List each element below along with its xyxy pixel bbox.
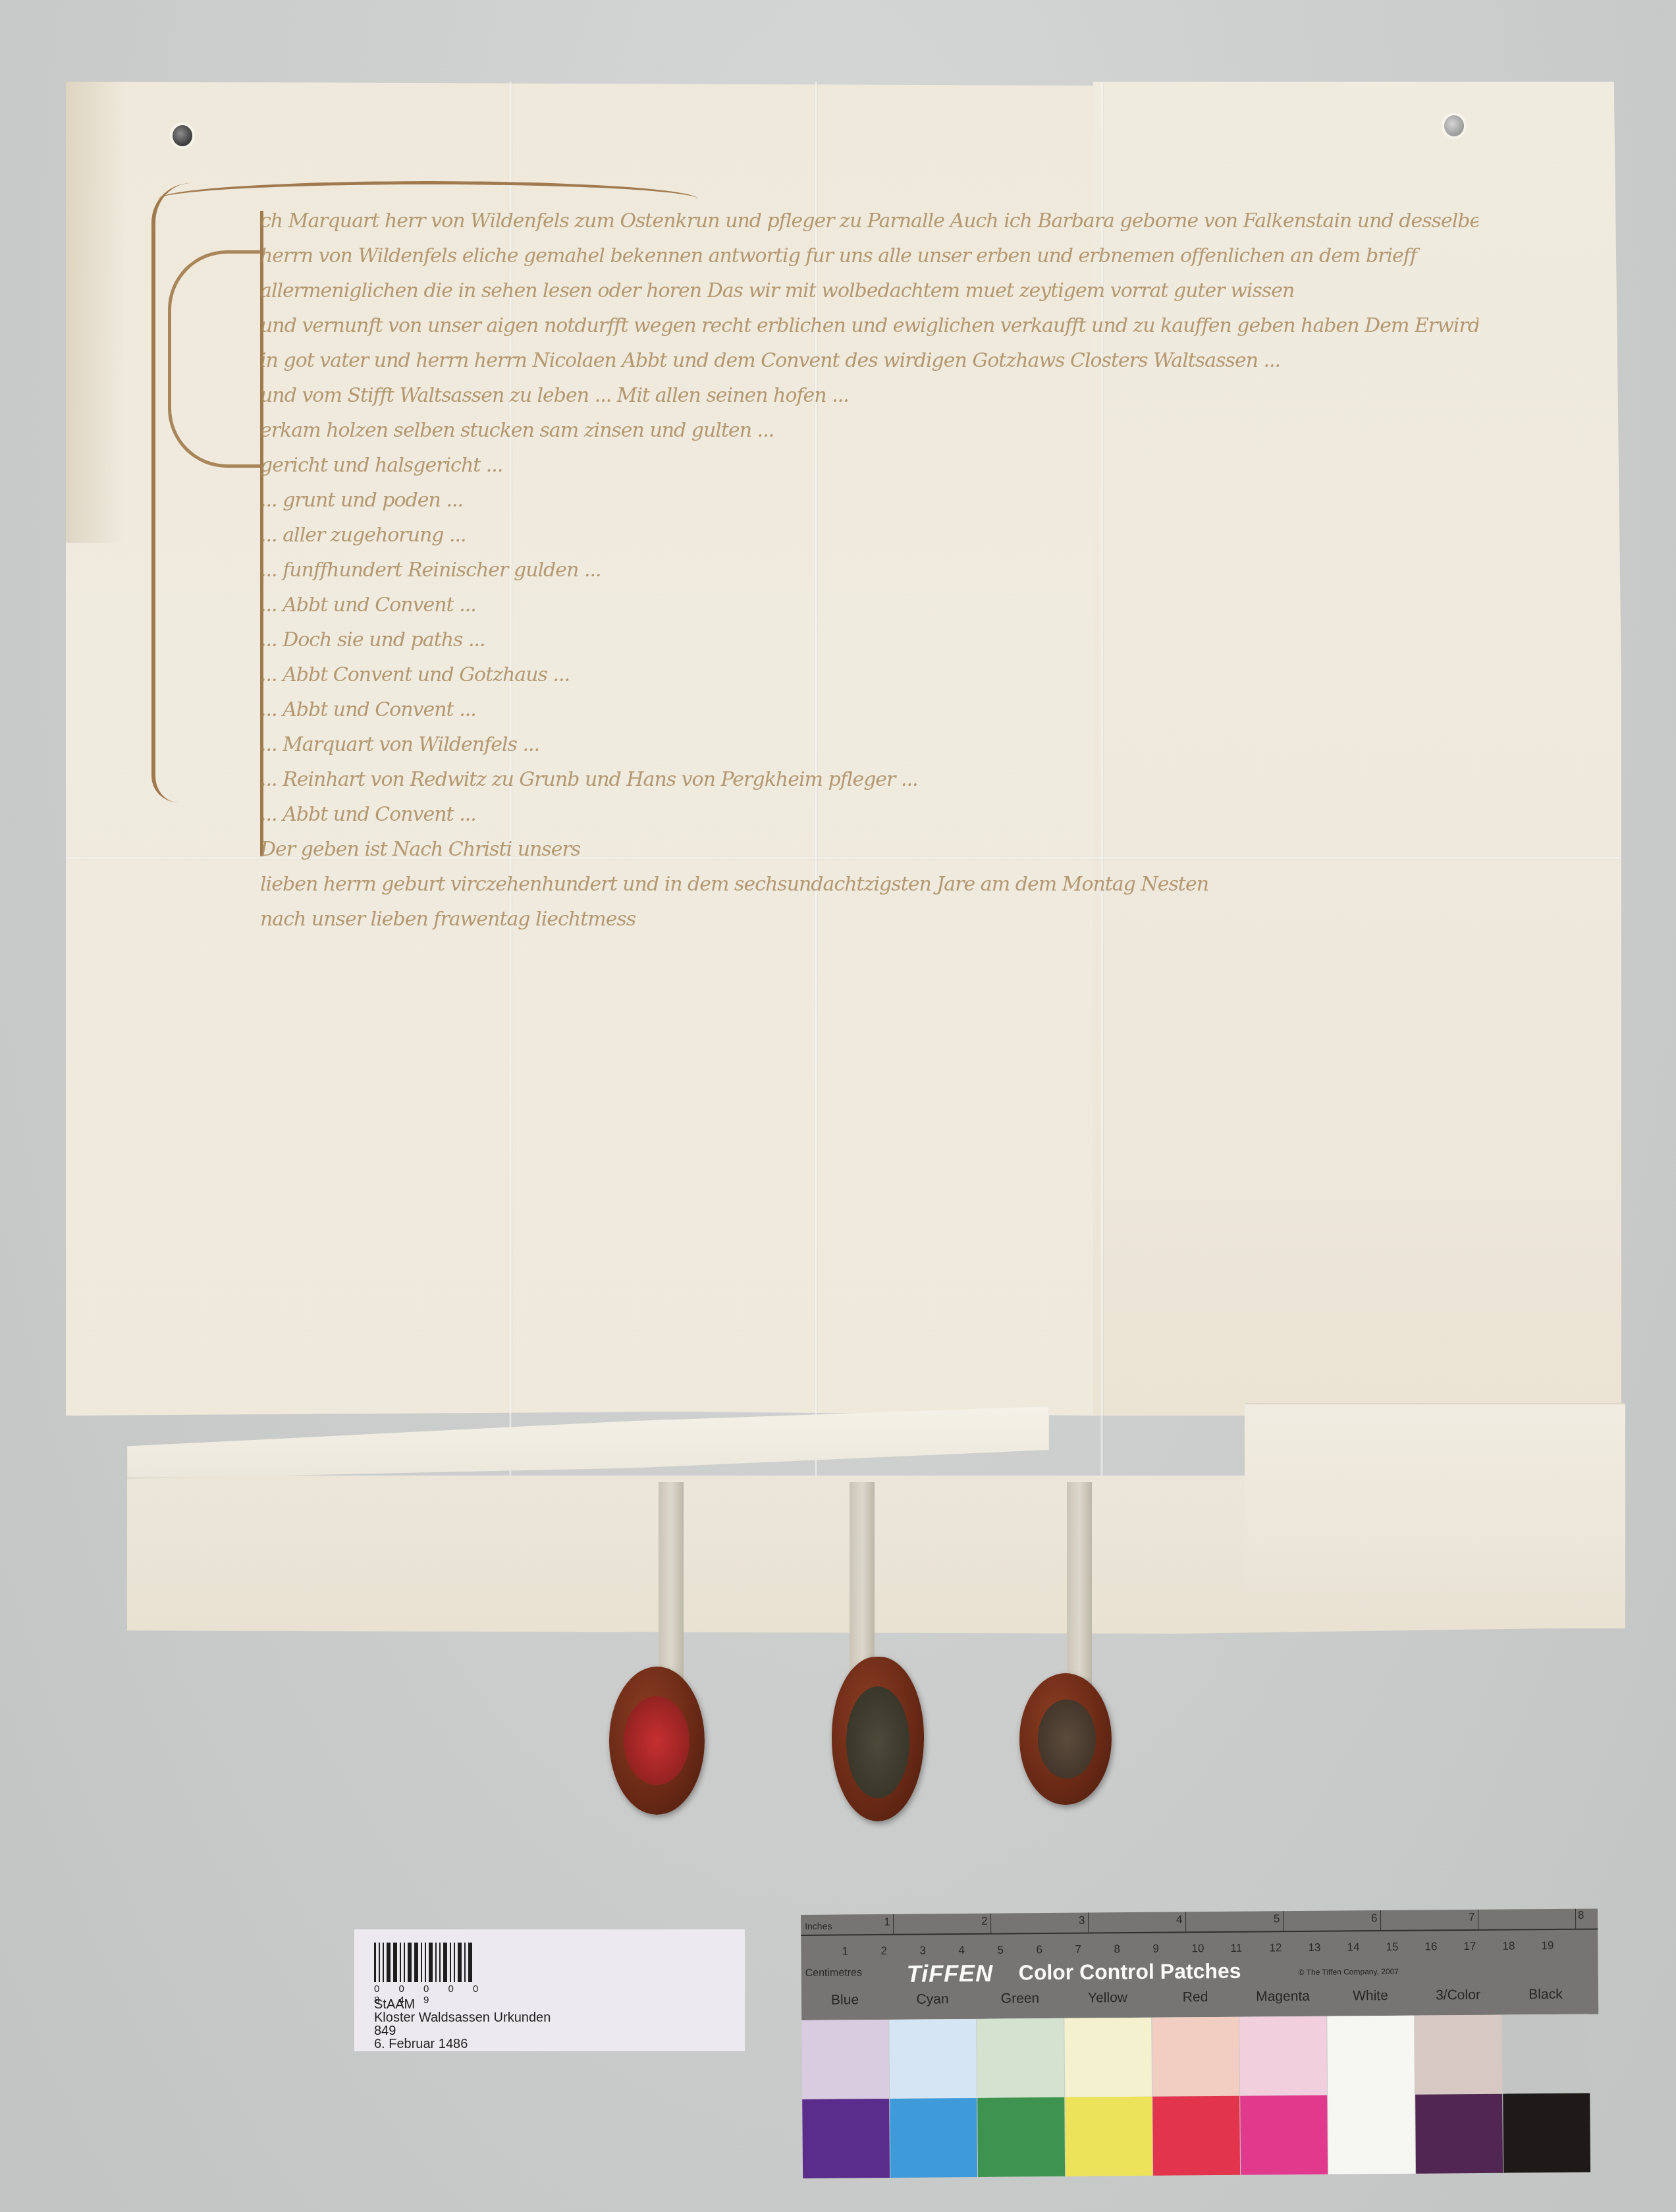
patch-red-dark (1152, 2096, 1240, 2176)
wax-seal-2 (832, 1657, 924, 1821)
inch-tick: 4 (1176, 1913, 1183, 1926)
text-line: herrn von Wildenfels eliche gemahel beke… (260, 244, 1478, 279)
patch-names: Blue Cyan Green Yellow Red Magenta White… (801, 1986, 1598, 2019)
inch-tick: 3 (1079, 1914, 1085, 1927)
inch-tick: 7 (1469, 1911, 1475, 1924)
cm-tick: 14 (1347, 1941, 1359, 1954)
decorated-initial-bowl (168, 250, 263, 468)
patch-magenta-light (1239, 2016, 1327, 2096)
archive-label: 0 0 0 0 0 8 4 9 StAAM Kloster Waldsassen… (354, 1929, 745, 2051)
barcode (374, 1943, 475, 1982)
seal-impression (624, 1696, 689, 1785)
cm-tick: 1 (842, 1945, 848, 1958)
patch-name-green: Green (977, 1991, 1064, 2007)
inch-tick: 5 (1274, 1912, 1280, 1925)
patch-white (1327, 2016, 1415, 2174)
text-line: ch Marquart herr von Wildenfels zum Oste… (260, 209, 1478, 244)
inch-tick: 2 (981, 1915, 988, 1928)
patch-magenta-dark (1240, 2095, 1328, 2175)
text-line: ... aller zugehorung ... (260, 524, 1478, 559)
tiffen-logo: TiFFEN (907, 1960, 994, 1988)
seal-impression (1038, 1700, 1096, 1779)
text-line: ... Doch sie und paths ... (260, 628, 1478, 663)
patch-yellow-dark (1065, 2097, 1152, 2176)
text-line: allermeniglichen die in sehen lesen oder… (260, 279, 1478, 314)
centimetres-label: Centimetres (805, 1967, 862, 1979)
patch-green-light (977, 2018, 1064, 2098)
patch-3color-light (1415, 2015, 1502, 2095)
text-line: und vernunft von unser aigen notdurfft w… (260, 314, 1478, 349)
cm-tick: 7 (1075, 1943, 1081, 1956)
text-line: gericht und halsgericht ... (260, 454, 1478, 489)
archive-date: 6. Februar 1486 (374, 2037, 551, 2051)
charter-text: ch Marquart herr von Wildenfels zum Oste… (260, 209, 1478, 943)
patch-cyan-dark (890, 2098, 977, 2178)
text-line: ... Abbt und Convent ... (260, 803, 1478, 838)
cm-tick: 8 (1114, 1943, 1120, 1956)
parchment-stain (66, 82, 125, 543)
cm-ruler: 1 2 3 4 5 6 7 8 9 10 11 12 13 14 15 16 1… (801, 1929, 1598, 1962)
text-line: ... Abbt und Convent ... (260, 698, 1478, 733)
color-control-card: Inches 1 2 3 4 5 6 7 8 1 2 3 4 5 6 7 8 (801, 1908, 1600, 2151)
wax-seal-3 (1019, 1673, 1112, 1805)
cm-tick: 12 (1269, 1941, 1282, 1954)
archive-institution: StAAM (374, 1998, 551, 2011)
text-line: erkam holzen selben stucken sam zinsen u… (260, 419, 1478, 454)
cm-tick: 10 (1191, 1942, 1204, 1955)
cm-tick: 6 (1036, 1943, 1042, 1956)
cm-tick: 17 (1463, 1940, 1476, 1953)
text-line: Der geben ist Nach Christi unsers (260, 838, 1478, 873)
text-line: ... Abbt und Convent ... (260, 594, 1478, 628)
plica-flap (1245, 1403, 1625, 1628)
inch-tick: 1 (884, 1916, 890, 1929)
text-line: lieben herrn geburt virczehenhundert und… (260, 873, 1478, 908)
text-line: ... Reinhart von Redwitz zu Grunb und Ha… (260, 768, 1478, 803)
seal-impression (846, 1686, 909, 1798)
card-title: Color Control Patches (1019, 1959, 1241, 1985)
patch-name-cyan: Cyan (889, 1991, 976, 2008)
patch-black-dark (1503, 2093, 1590, 2173)
patch-blue-light (801, 2020, 889, 2099)
cm-tick: 15 (1386, 1941, 1398, 1954)
patch-cyan-light (889, 2019, 977, 2099)
inch-tick: 6 (1371, 1912, 1378, 1925)
text-line: ... funffhundert Reinischer gulden ... (260, 559, 1478, 594)
patch-name-red: Red (1152, 1989, 1239, 2006)
text-line: ... Marquart von Wildenfels ... (260, 733, 1478, 768)
patch-yellow-light (1064, 2018, 1152, 2097)
patch-name-white: White (1327, 1988, 1414, 2005)
cm-tick: 4 (958, 1944, 965, 1957)
text-line: und vom Stifft Waltsassen zu leben ... M… (260, 384, 1478, 419)
cm-tick: 3 (919, 1945, 926, 1958)
cm-tick: 16 (1424, 1940, 1437, 1953)
archive-collection: Kloster Waldsassen Urkunden (374, 2011, 551, 2024)
text-line: nach unser lieben frawentag liechtmess (260, 908, 1478, 943)
cm-tick: 18 (1502, 1939, 1515, 1952)
patch-name-3color: 3/Color (1415, 1987, 1501, 2004)
patch-name-yellow: Yellow (1064, 1990, 1151, 2006)
cm-tick: 2 (880, 1945, 887, 1958)
card-copyright: © The Tiffen Company, 2007 (1299, 1967, 1399, 1977)
cm-tick: 19 (1541, 1939, 1554, 1952)
archive-number: 849 (374, 2024, 551, 2037)
patch-green-dark (977, 2097, 1065, 2177)
cm-tick: 11 (1230, 1942, 1242, 1955)
card-header: Inches 1 2 3 4 5 6 7 8 1 2 3 4 5 6 7 8 (801, 1908, 1598, 2020)
inch-tick: 8 (1578, 1909, 1584, 1922)
cm-tick: 13 (1308, 1941, 1320, 1954)
cm-tick: 5 (997, 1944, 1004, 1957)
cm-tick: 9 (1152, 1943, 1159, 1956)
patch-name-magenta: Magenta (1239, 1989, 1326, 2005)
mounting-pin-icon (1444, 115, 1464, 136)
patch-name-black: Black (1502, 1987, 1589, 2003)
text-line: ... grunt und poden ... (260, 489, 1478, 524)
patch-blue-dark (802, 2099, 890, 2178)
patch-red-light (1152, 2017, 1239, 2097)
patch-3color-dark (1415, 2094, 1503, 2174)
patch-name-blue: Blue (801, 1992, 888, 2008)
patch-black-light (1502, 2014, 1590, 2094)
mounting-pin-icon (173, 125, 192, 146)
inches-label: Inches (805, 1921, 832, 1931)
wax-seal-1 (609, 1667, 705, 1815)
seal-tag (1067, 1482, 1092, 1700)
text-line: in got vater und herrn herrn Nicolaen Ab… (260, 349, 1478, 384)
text-line: ... Abbt Convent und Gotzhaus ... (260, 663, 1478, 698)
